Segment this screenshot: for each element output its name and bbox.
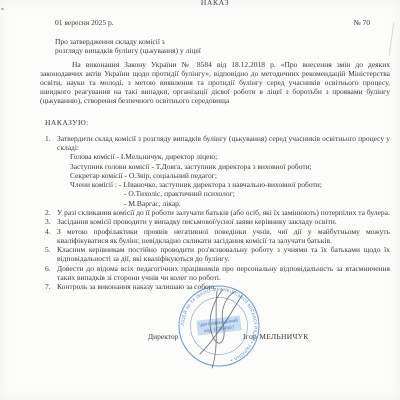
commission-member: Голова комісії - І.Мельничук, директор л… xyxy=(40,152,390,161)
subject-line-1: Про затвердження складу комісії з xyxy=(55,37,390,46)
order-item: 1. Затвердити склад комісії з розгляду в… xyxy=(40,134,390,153)
commission-member: Секретар комісії - О.Звір, соціальний пе… xyxy=(40,171,390,180)
item-text: Засідання комісії проводити у випадку пи… xyxy=(57,217,390,226)
commission-member: Заступник голови комісії - Т.Довга, заст… xyxy=(40,162,390,171)
order-item: 2. У разі скликання комісії до її роботи… xyxy=(40,208,390,217)
item-number: 1. xyxy=(45,134,57,153)
commission-member: - М.Варгас, лікар. xyxy=(40,199,390,208)
order-items-list: 1. Затвердити склад комісії з розгляду в… xyxy=(40,134,390,292)
preamble-paragraph: На виконання Закону України № 8584 від 1… xyxy=(40,60,390,106)
item-number: 2. xyxy=(45,208,57,217)
item-text: У разі скликання комісії до її роботи за… xyxy=(57,208,390,217)
order-item: 4. З метою профілактики проявів негативн… xyxy=(40,227,390,246)
order-item: 5. Класним керівникам постійно проводити… xyxy=(40,245,390,264)
item-number: 3. xyxy=(45,217,57,226)
stamp-center: Ідентифікаційний код 10364507 xyxy=(196,315,242,335)
document-content: НАКАЗ 01 вересня 2025 р. № 70 Про затвер… xyxy=(40,0,390,292)
item-number: 7. xyxy=(45,282,57,291)
document-page: НАКАЗ 01 вересня 2025 р. № 70 Про затвер… xyxy=(0,0,400,400)
official-stamp: ЛІЦЕЙ № 24 ІВАНО-ФРАНКІВСЬКОЇ МІСЬКОЇ РА… xyxy=(171,278,267,378)
document-subject: Про затвердження складу комісії з розгля… xyxy=(40,37,390,56)
document-date: 01 вересня 2025 р. xyxy=(55,18,114,27)
order-word: НАКАЗУЮ: xyxy=(40,118,390,127)
item-text: Класним керівникам постійно проводити ро… xyxy=(57,245,390,264)
commission-member: - О.Тихоліс, практичний психолог; xyxy=(40,189,390,198)
item-number: 6. xyxy=(45,264,57,283)
item-text: Затвердити склад комісії з розгляду випа… xyxy=(57,134,390,153)
item-text: З метою профілактики проявів негативної … xyxy=(57,227,390,246)
item-number: 5. xyxy=(45,245,57,264)
document-number: № 70 xyxy=(353,18,370,27)
order-item: 3. Засідання комісії проводити у випадку… xyxy=(40,217,390,226)
scan-speck xyxy=(1,8,4,10)
date-row: 01 вересня 2025 р. № 70 xyxy=(40,18,390,27)
item-number: 4. xyxy=(45,227,57,246)
commission-member: Члени комісії : - І.Іваночко, заступник … xyxy=(40,180,390,189)
subject-line-2: розгляду випадків булінгу (цькування) у … xyxy=(55,46,390,55)
page-title: НАКАЗ xyxy=(40,0,390,7)
